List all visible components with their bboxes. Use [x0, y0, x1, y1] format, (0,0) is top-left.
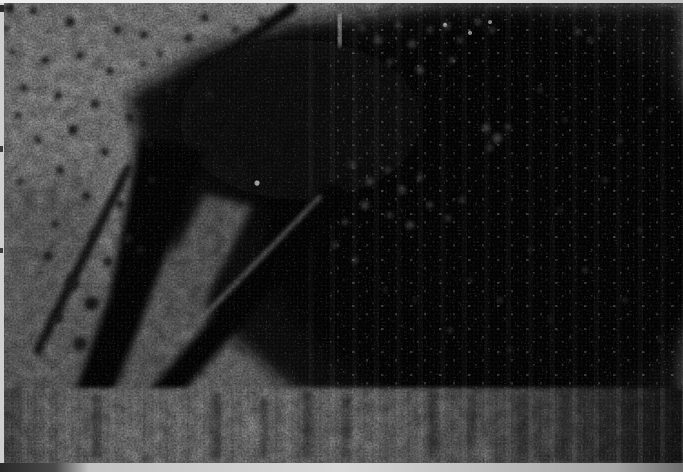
top-border — [0, 0, 683, 3]
scanned-photo-figure — [0, 0, 683, 472]
halftone-photo-canvas — [0, 0, 683, 472]
halftone-grain — [0, 0, 683, 472]
bottom-border — [0, 463, 683, 472]
left-border — [0, 3, 4, 472]
